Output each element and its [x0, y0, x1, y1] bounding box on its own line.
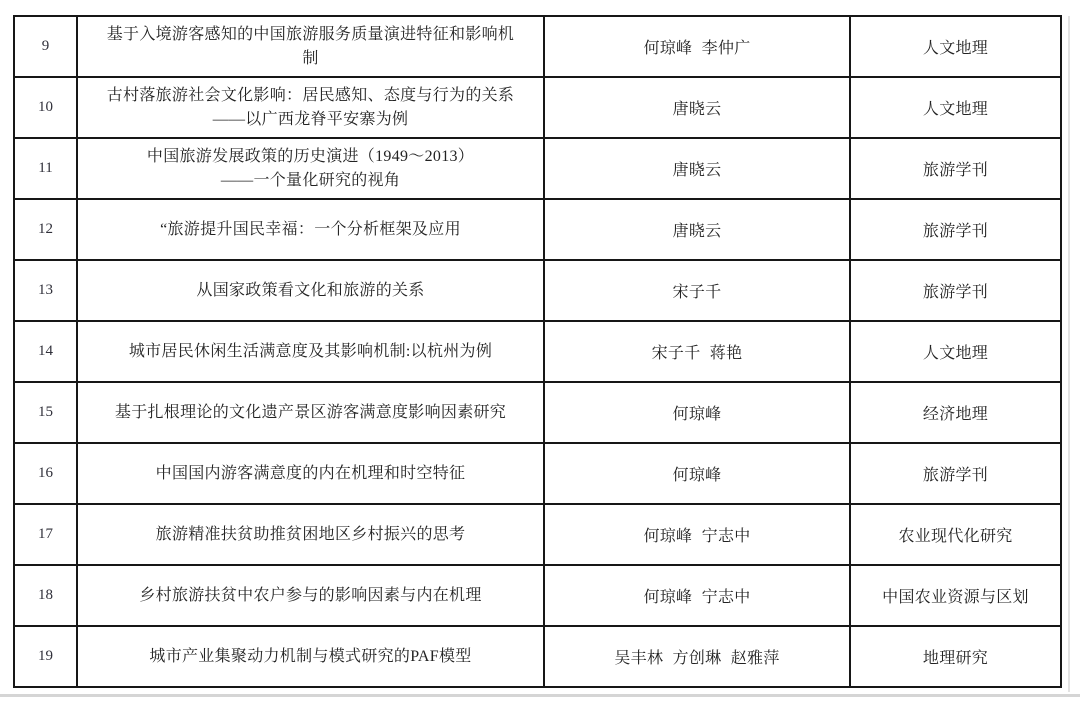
row-number-cell: 19: [14, 626, 77, 687]
journal-cell: 旅游学刊: [850, 199, 1061, 260]
title-cell: 古村落旅游社会文化影响：居民感知、态度与行为的关系 ——以广西龙脊平安寨为例: [77, 77, 544, 138]
journal-cell: 地理研究: [850, 626, 1061, 687]
title-cell: 基于入境游客感知的中国旅游服务质量演进特征和影响机 制: [77, 16, 544, 77]
authors-cell: 何琼峰 李仲广: [544, 16, 850, 77]
table-row: 17 旅游精准扶贫助推贫困地区乡村振兴的思考 何琼峰 宁志中 农业现代化研究: [14, 504, 1061, 565]
document-page: 9 基于入境游客感知的中国旅游服务质量演进特征和影响机 制 何琼峰 李仲广 人文…: [0, 0, 1080, 702]
row-number-cell: 15: [14, 382, 77, 443]
table-row: 13 从国家政策看文化和旅游的关系 宋子千 旅游学刊: [14, 260, 1061, 321]
table-row: 11 中国旅游发展政策的历史演进（1949～2013） ——一个量化研究的视角 …: [14, 138, 1061, 199]
title-cell: “旅游提升国民幸福：一个分析框架及应用: [77, 199, 544, 260]
title-cell: 城市产业集聚动力机制与模式研究的PAF模型: [77, 626, 544, 687]
table-row: 14 城市居民休闲生活满意度及其影响机制:以杭州为例 宋子千 蒋艳 人文地理: [14, 321, 1061, 382]
page-bottom-edge: [0, 694, 1080, 697]
title-cell: 城市居民休闲生活满意度及其影响机制:以杭州为例: [77, 321, 544, 382]
journal-cell: 经济地理: [850, 382, 1061, 443]
authors-cell: 何琼峰 宁志中: [544, 565, 850, 626]
authors-cell: 何琼峰: [544, 382, 850, 443]
journal-cell: 人文地理: [850, 321, 1061, 382]
authors-cell: 吴丰林 方创琳 赵雅萍: [544, 626, 850, 687]
page-right-edge: [1068, 16, 1070, 692]
journal-cell: 人文地理: [850, 16, 1061, 77]
authors-cell: 唐晓云: [544, 199, 850, 260]
row-number-cell: 9: [14, 16, 77, 77]
authors-cell: 唐晓云: [544, 77, 850, 138]
table-row: 18 乡村旅游扶贫中农户参与的影响因素与内在机理 何琼峰 宁志中 中国农业资源与…: [14, 565, 1061, 626]
journal-cell: 旅游学刊: [850, 260, 1061, 321]
authors-cell: 宋子千 蒋艳: [544, 321, 850, 382]
authors-cell: 唐晓云: [544, 138, 850, 199]
title-cell: 中国国内游客满意度的内在机理和时空特征: [77, 443, 544, 504]
journal-cell: 人文地理: [850, 77, 1061, 138]
row-number-cell: 14: [14, 321, 77, 382]
row-number-cell: 12: [14, 199, 77, 260]
title-cell: 乡村旅游扶贫中农户参与的影响因素与内在机理: [77, 565, 544, 626]
title-cell: 中国旅游发展政策的历史演进（1949～2013） ——一个量化研究的视角: [77, 138, 544, 199]
row-number-cell: 16: [14, 443, 77, 504]
table-row: 9 基于入境游客感知的中国旅游服务质量演进特征和影响机 制 何琼峰 李仲广 人文…: [14, 16, 1061, 77]
publications-table: 9 基于入境游客感知的中国旅游服务质量演进特征和影响机 制 何琼峰 李仲广 人文…: [13, 15, 1062, 688]
table-row: 19 城市产业集聚动力机制与模式研究的PAF模型 吴丰林 方创琳 赵雅萍 地理研…: [14, 626, 1061, 687]
row-number-cell: 17: [14, 504, 77, 565]
journal-cell: 农业现代化研究: [850, 504, 1061, 565]
journal-cell: 旅游学刊: [850, 138, 1061, 199]
title-cell: 从国家政策看文化和旅游的关系: [77, 260, 544, 321]
table-row: 12 “旅游提升国民幸福：一个分析框架及应用 唐晓云 旅游学刊: [14, 199, 1061, 260]
row-number-cell: 10: [14, 77, 77, 138]
journal-cell: 旅游学刊: [850, 443, 1061, 504]
title-cell: 基于扎根理论的文化遗产景区游客满意度影响因素研究: [77, 382, 544, 443]
authors-cell: 何琼峰 宁志中: [544, 504, 850, 565]
row-number-cell: 18: [14, 565, 77, 626]
table-row: 15 基于扎根理论的文化遗产景区游客满意度影响因素研究 何琼峰 经济地理: [14, 382, 1061, 443]
table-row: 10 古村落旅游社会文化影响：居民感知、态度与行为的关系 ——以广西龙脊平安寨为…: [14, 77, 1061, 138]
authors-cell: 何琼峰: [544, 443, 850, 504]
row-number-cell: 11: [14, 138, 77, 199]
journal-cell: 中国农业资源与区划: [850, 565, 1061, 626]
title-cell: 旅游精准扶贫助推贫困地区乡村振兴的思考: [77, 504, 544, 565]
authors-cell: 宋子千: [544, 260, 850, 321]
row-number-cell: 13: [14, 260, 77, 321]
table-row: 16 中国国内游客满意度的内在机理和时空特征 何琼峰 旅游学刊: [14, 443, 1061, 504]
